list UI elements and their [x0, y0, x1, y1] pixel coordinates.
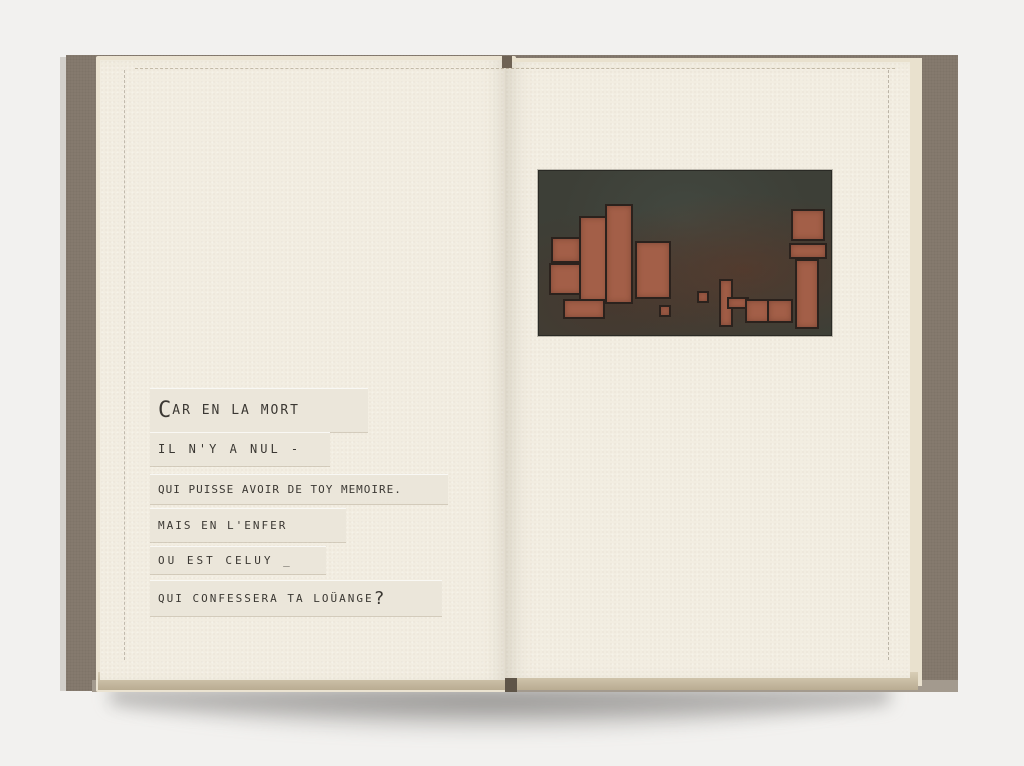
poem-line-text: QUI CONFESSERA TA LOÜANGE: [158, 592, 374, 605]
top-deckle-edge: [135, 68, 895, 70]
poem-line-2: IL N'Y A NUL -: [150, 432, 330, 466]
right-deckle-edge: [888, 70, 891, 660]
print-block-shape: [605, 204, 633, 304]
print-block-shape: [789, 243, 827, 259]
gutter-notch-bottom: [505, 678, 517, 692]
print-block-shape: [659, 305, 671, 317]
poem-line-4: MAIS EN L'ENFER: [150, 508, 346, 542]
print-block-shape: [697, 291, 709, 303]
poem-line-text: MAIS EN L'ENFER: [158, 519, 287, 532]
relief-print-image: [538, 170, 832, 336]
left-deckle-edge: [124, 70, 127, 660]
print-block-shape: [791, 209, 825, 241]
poem-line-text: OU EST CELUY _: [158, 554, 293, 567]
print-block-shape: [549, 263, 583, 295]
drop-cap: C: [158, 398, 172, 423]
poem-line-text: AR EN LA MORT: [172, 403, 300, 418]
poem-line-text: IL N'Y A NUL -: [158, 442, 301, 456]
book-photograph: C AR EN LA MORT IL N'Y A NUL - QUI PUISS…: [0, 0, 1024, 766]
print-block-shape: [635, 241, 671, 299]
poem-line-5: OU EST CELUY _: [150, 546, 326, 574]
print-block-shape: [551, 237, 581, 263]
print-block-shape: [767, 299, 793, 323]
print-block-shape: [795, 259, 819, 329]
right-page: [505, 62, 910, 678]
question-mark: ?: [374, 588, 387, 609]
poem-line-6: QUI CONFESSERA TA LOÜANGE ?: [150, 580, 442, 616]
poem-line-text: QUI PUISSE AVOIR DE TOY MEMOIRE.: [158, 483, 402, 496]
poem-line-1: C AR EN LA MORT: [150, 388, 368, 432]
poem-line-3: QUI PUISSE AVOIR DE TOY MEMOIRE.: [150, 474, 448, 504]
gutter-notch-top: [502, 56, 512, 68]
print-block-shape: [563, 299, 605, 319]
